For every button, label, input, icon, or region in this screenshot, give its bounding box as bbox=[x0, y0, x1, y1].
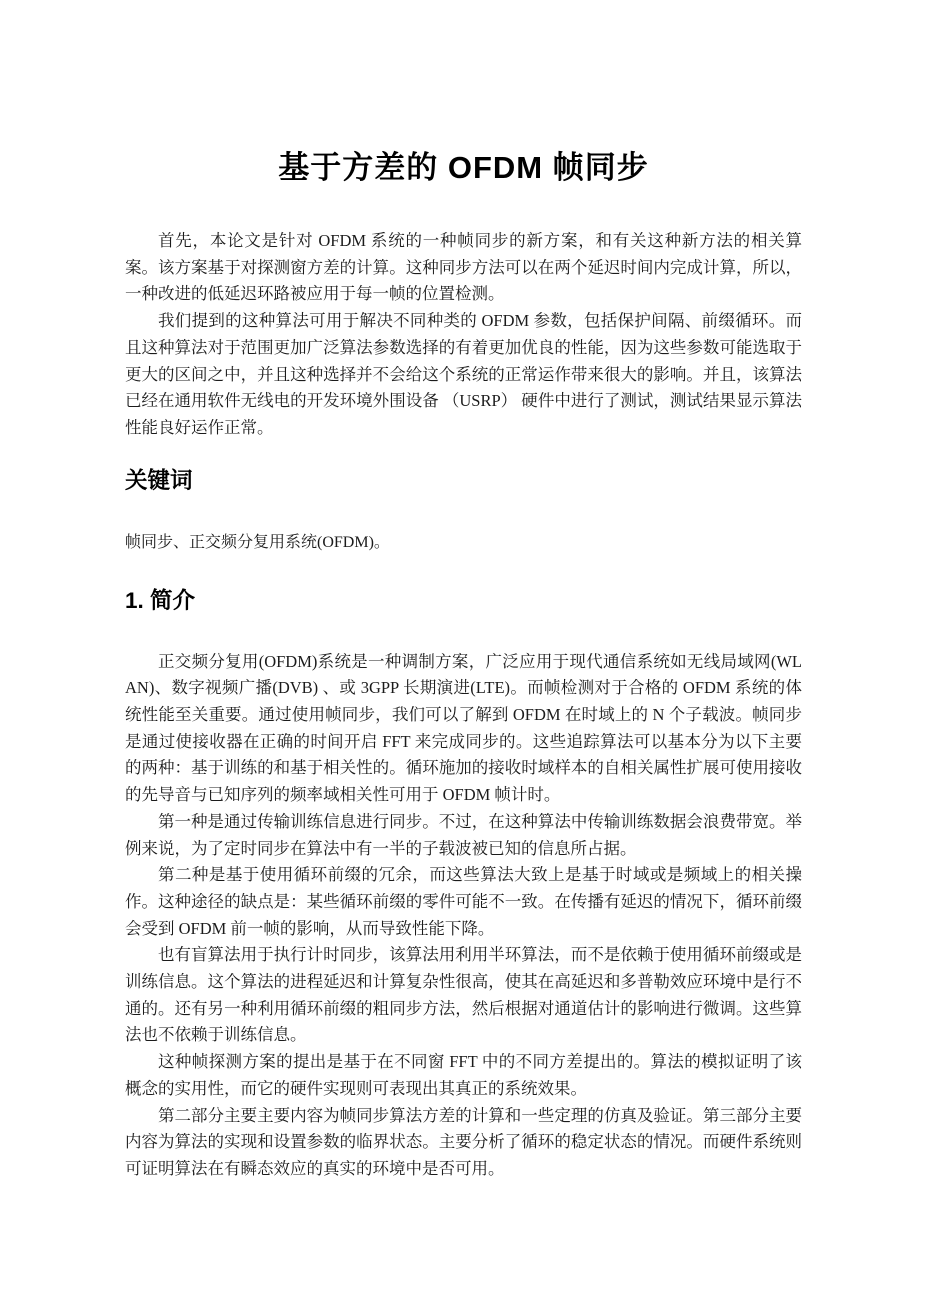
document-title: 基于方差的 OFDM 帧同步 bbox=[125, 146, 802, 190]
abstract-section: 首先，本论文是针对 OFDM 系统的一种帧同步的新方案，和有关这种新方法的相关算… bbox=[125, 228, 802, 442]
intro-heading: 1. 简介 bbox=[125, 586, 802, 616]
abstract-paragraph: 我们提到的这种算法可用于解决不同种类的 OFDM 参数，包括保护间隔、前缀循环。… bbox=[125, 308, 802, 442]
document-page: 基于方差的 OFDM 帧同步 首先，本论文是针对 OFDM 系统的一种帧同步的新… bbox=[0, 0, 926, 1309]
intro-paragraph: 这种帧探测方案的提出是基于在不同窗 FFT 中的不同方差提出的。算法的模拟证明了… bbox=[125, 1049, 802, 1102]
keywords-text: 帧同步、正交频分复用系统(OFDM)。 bbox=[125, 530, 802, 556]
intro-paragraph: 正交频分复用(OFDM)系统是一种调制方案，广泛应用于现代通信系统如无线局域网(… bbox=[125, 649, 802, 809]
intro-paragraph: 也有盲算法用于执行计时同步，该算法用利用半环算法，而不是依赖于使用循环前缀或是训… bbox=[125, 942, 802, 1049]
intro-paragraph: 第一种是通过传输训练信息进行同步。不过，在这种算法中传输训练数据会浪费带宽。举例… bbox=[125, 809, 802, 862]
intro-section: 正交频分复用(OFDM)系统是一种调制方案，广泛应用于现代通信系统如无线局域网(… bbox=[125, 649, 802, 1183]
abstract-paragraph: 首先，本论文是针对 OFDM 系统的一种帧同步的新方案，和有关这种新方法的相关算… bbox=[125, 228, 802, 308]
keywords-heading: 关键词 bbox=[125, 466, 802, 496]
intro-paragraph: 第二部分主要主要内容为帧同步算法方差的计算和一些定理的仿真及验证。第三部分主要内… bbox=[125, 1103, 802, 1183]
intro-paragraph: 第二种是基于使用循环前缀的冗余，而这些算法大致上是基于时域或是频域上的相关操作。… bbox=[125, 862, 802, 942]
